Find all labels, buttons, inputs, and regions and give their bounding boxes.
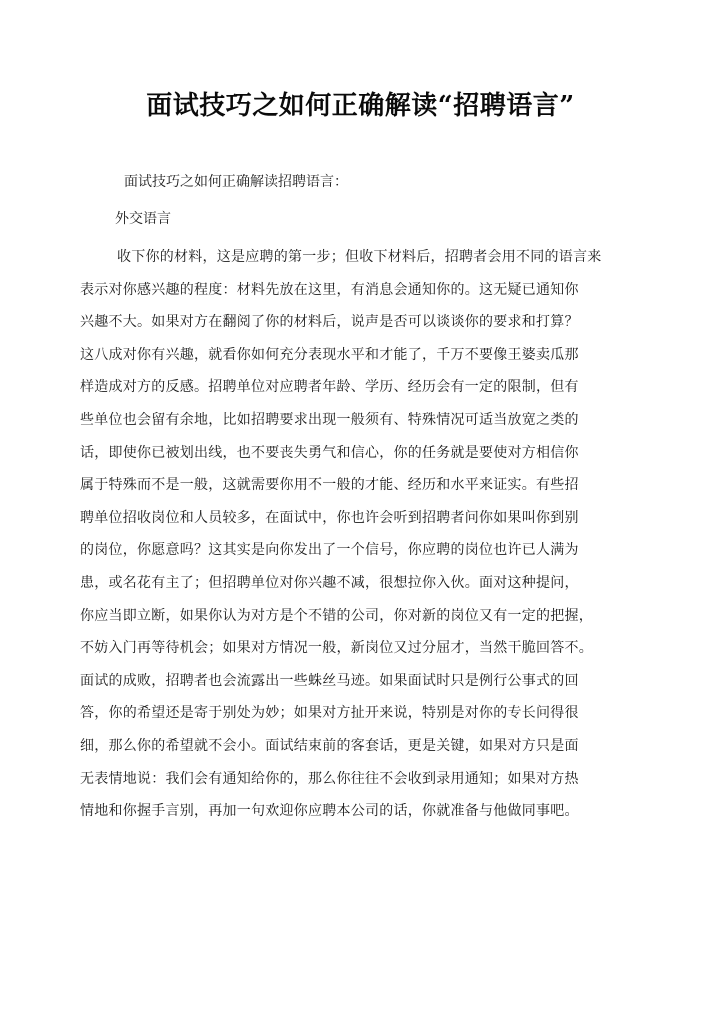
- body-line: 情地和你握手言别，再加一句欢迎你应聘本公司的话，你就准备与他做同事吧。: [80, 800, 616, 833]
- body-line: 这八成对你有兴趣，就看你如何充分表现水平和才能了，千万不要像王婆卖瓜那: [80, 344, 616, 377]
- body-line: 你应当即立断，如果你认为对方是个不错的公司，你对新的岗位又有一定的把握，: [80, 605, 616, 638]
- body-line: 无表情地说：我们会有通知给你的，那么你往往不会收到录用通知；如果对方热: [80, 768, 616, 801]
- body-line: 聘单位招收岗位和人员较多，在面试中，你也许会听到招聘者问你如果叫你到别: [80, 507, 616, 540]
- body-line: 患，或名花有主了；但招聘单位对你兴趣不减，很想拉你入伙。面对这种提问，: [80, 572, 616, 605]
- body-line: 细，那么你的希望就不会小。面试结束前的客套话，更是关键，如果对方只是面: [80, 735, 616, 768]
- body-line: 兴趣不大。如果对方在翻阅了你的材料后，说声是否可以谈谈你的要求和打算？: [80, 311, 616, 344]
- body-line: 样造成对方的反感。招聘单位对应聘者年龄、学历、经历会有一定的限制，但有: [80, 376, 616, 409]
- document-subtitle: 面试技巧之如何正确解读招聘语言：: [124, 172, 348, 192]
- body-line: 面试的成败，招聘者也会流露出一些蛛丝马迹。如果面试时只是例行公事式的回: [80, 670, 616, 703]
- body-line: 属于特殊而不是一般，这就需要你用不一般的才能、经历和水平来证实。有些招: [80, 474, 616, 507]
- body-line: 话，即使你已被划出线，也不要丧失勇气和信心，你的任务就是要使对方相信你: [80, 442, 616, 475]
- section-heading: 外交语言: [115, 209, 171, 229]
- body-line: 答，你的希望还是寄于别处为妙；如果对方扯开来说，特别是对你的专长问得很: [80, 702, 616, 735]
- body-line: 的岗位，你愿意吗？这其实是向你发出了一个信号，你应聘的岗位也许已人满为: [80, 539, 616, 572]
- document-title: 面试技巧之如何正确解读“招聘语言”: [0, 86, 721, 126]
- body-paragraph: 收下你的材料，这是应聘的第一步；但收下材料后，招聘者会用不同的语言来 表示对你感…: [80, 246, 616, 833]
- document-page: 面试技巧之如何正确解读“招聘语言” 面试技巧之如何正确解读招聘语言： 外交语言 …: [0, 0, 721, 1020]
- body-line: 不妨入门再等待机会；如果对方情况一般，新岗位又过分屈才，当然干脆回答不。: [80, 637, 616, 670]
- body-line: 收下你的材料，这是应聘的第一步；但收下材料后，招聘者会用不同的语言来: [80, 246, 616, 279]
- body-line: 表示对你感兴趣的程度：材料先放在这里，有消息会通知你的。这无疑已通知你: [80, 279, 616, 312]
- body-line: 些单位也会留有余地，比如招聘要求出现一般须有、特殊情况可适当放宽之类的: [80, 409, 616, 442]
